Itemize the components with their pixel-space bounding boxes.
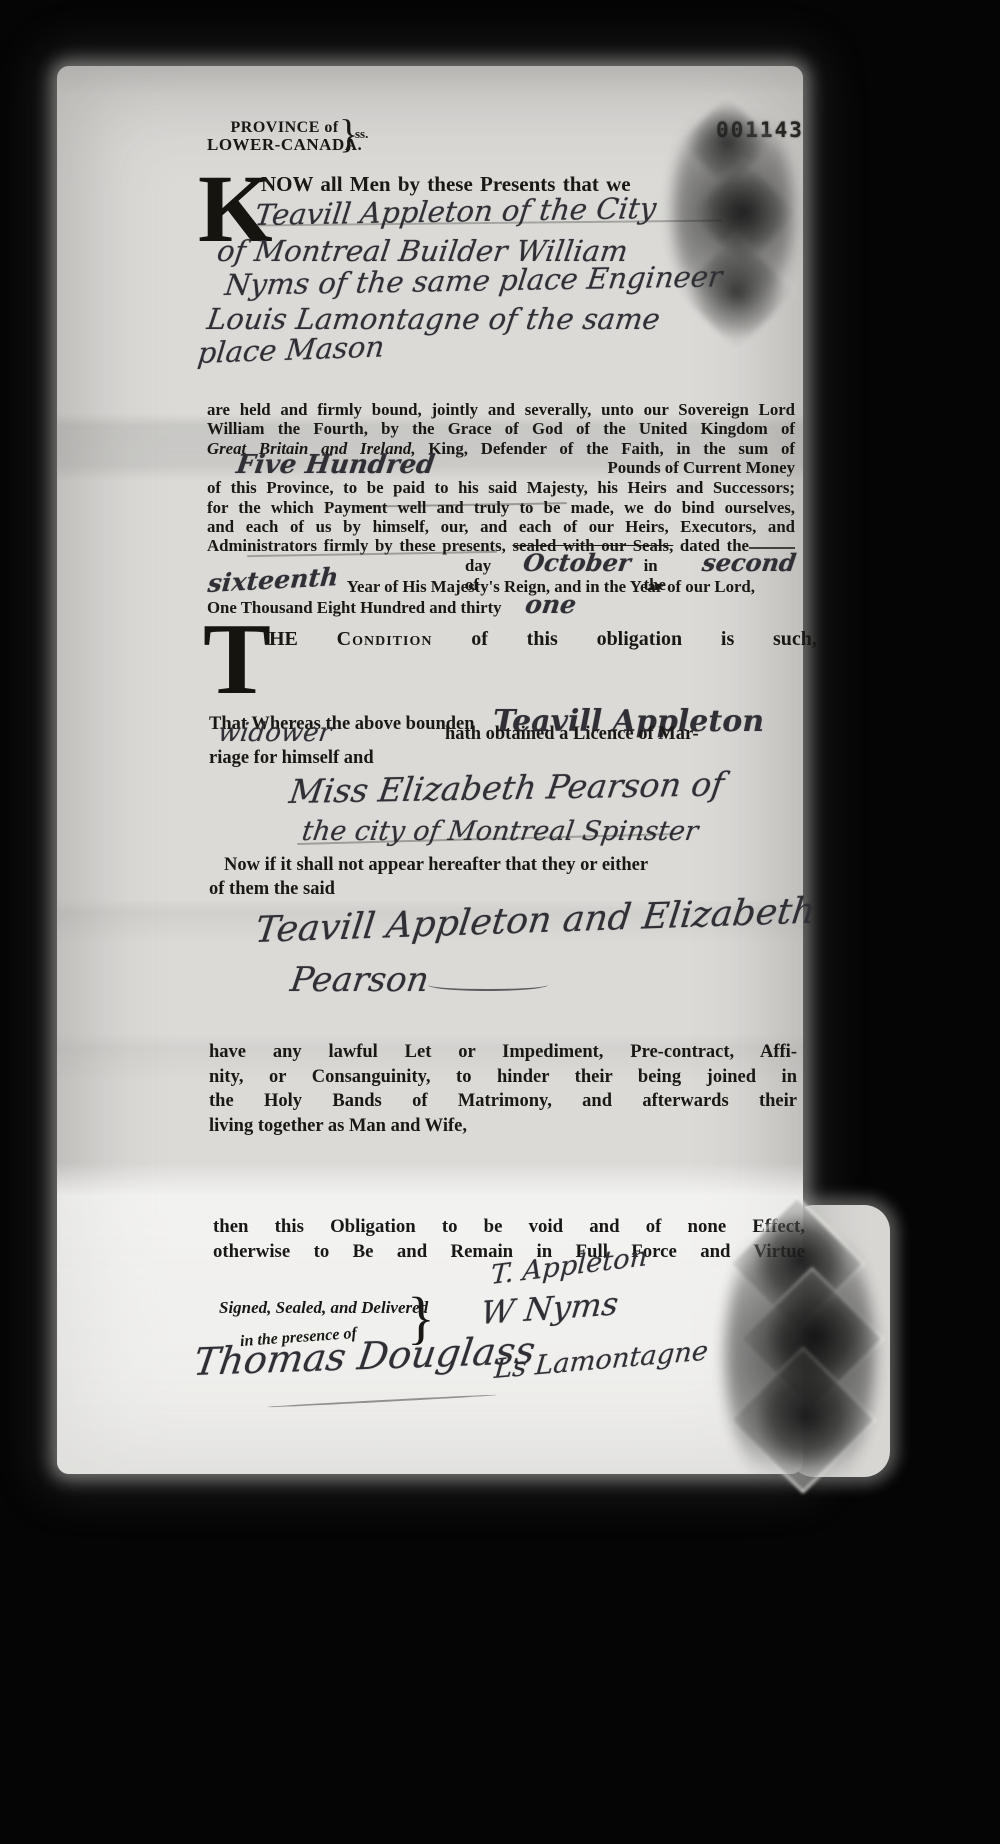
void-line-1: then this Obligation to be void and of n… — [213, 1214, 805, 1239]
licence-line-1: hath obtained a Licence of Mar- — [445, 724, 699, 745]
heading-word-condition: Condition — [337, 628, 433, 651]
signature-nyms: W Nyms — [479, 1285, 620, 1332]
heading-word-of: of — [471, 628, 488, 651]
day-handwritten: sixteenth — [207, 567, 339, 593]
heading-word-is: is — [721, 628, 734, 651]
bond-year-line: One Thousand Eight Hundred and thirty on… — [207, 598, 795, 619]
now-line-2: of them the said — [209, 879, 335, 900]
scanned-document-photo: { "colors": {"background":"#050505","pap… — [0, 0, 1000, 1844]
handwritten-party-line-1: Teavill Appleton of the City — [253, 191, 658, 232]
bond-line-3-rest: King, Defender of the Faith, in the sum … — [428, 439, 795, 458]
couple-name-text: Pearson — [288, 960, 431, 1000]
handwritten-party-line-5: place Mason — [196, 330, 386, 370]
heading-word-such: such, — [773, 628, 817, 651]
month-handwritten: October — [522, 553, 632, 572]
ink-smudge-bottom — [725, 1206, 875, 1506]
bond-line-7: and each of us by himself, our, and each… — [207, 517, 795, 536]
now-line-1: Now if it shall not appear hereafter tha… — [224, 855, 648, 876]
sum-handwritten: Five Hundred — [235, 456, 436, 475]
bond-line-2: William the Fourth, by the Grace of God … — [207, 419, 795, 438]
condition-heading: HE Condition of this obligation is such, — [269, 628, 817, 651]
status-handwritten: widower — [216, 718, 333, 748]
signature-flourish — [427, 979, 549, 991]
year-handwritten: one — [524, 595, 577, 614]
bond-line-4-text: Pounds of Current Money — [607, 458, 795, 477]
bond-regnal-line: sixteenth Year of His Majesty's Reign, a… — [207, 577, 795, 598]
ss-label: ss. — [355, 126, 368, 142]
bond-line-6: for the which Payment well and truly to … — [207, 498, 795, 517]
heading-word-he: HE — [269, 628, 298, 651]
licence-line-2: riage for himself and — [209, 748, 374, 769]
bond-line-5: of this Province, to be paid to his said… — [207, 478, 795, 497]
handwritten-party-line-4: Louis Lamontagne of the same — [205, 302, 662, 336]
impediment-clause: have any lawful Let or Impediment, Pre-c… — [209, 1040, 797, 1138]
impediment-line-3: the Holy Bands of Matrimony, and afterwa… — [209, 1089, 797, 1114]
bride-handwritten-line-1: Miss Elizabeth Pearson of — [287, 764, 727, 811]
heading-word-obligation: obligation — [597, 628, 683, 651]
couple-handwritten-line-1: Teavill Appleton and Elizabeth — [253, 891, 818, 951]
dropcap-t: T — [203, 620, 271, 700]
heading-word-this: this — [527, 628, 558, 651]
regnal-year-handwritten: second — [701, 553, 797, 572]
bond-document-paper: PROVINCE of LOWER-CANADA. } ss. 001143 K… — [57, 66, 803, 1474]
impediment-line-2: nity, or Consanguinity, to hinder their … — [209, 1065, 797, 1090]
void-clause: then this Obligation to be void and of n… — [213, 1214, 805, 1264]
impediment-line-1: have any lawful Let or Impediment, Pre-c… — [209, 1040, 797, 1065]
impediment-line-4: living together as Man and Wife, — [209, 1114, 797, 1139]
bond-clause: are held and firmly bound, jointly and s… — [207, 400, 795, 619]
bond-line-1: are held and firmly bound, jointly and s… — [207, 400, 795, 419]
couple-handwritten-line-2: Pearson — [288, 960, 551, 1000]
signed-sealed-label: Signed, Sealed, and Delivered — [219, 1298, 428, 1318]
witness-underline-flourish — [267, 1394, 497, 1408]
bond-line-4: Five Hundred Pounds of Current Money — [207, 458, 795, 478]
